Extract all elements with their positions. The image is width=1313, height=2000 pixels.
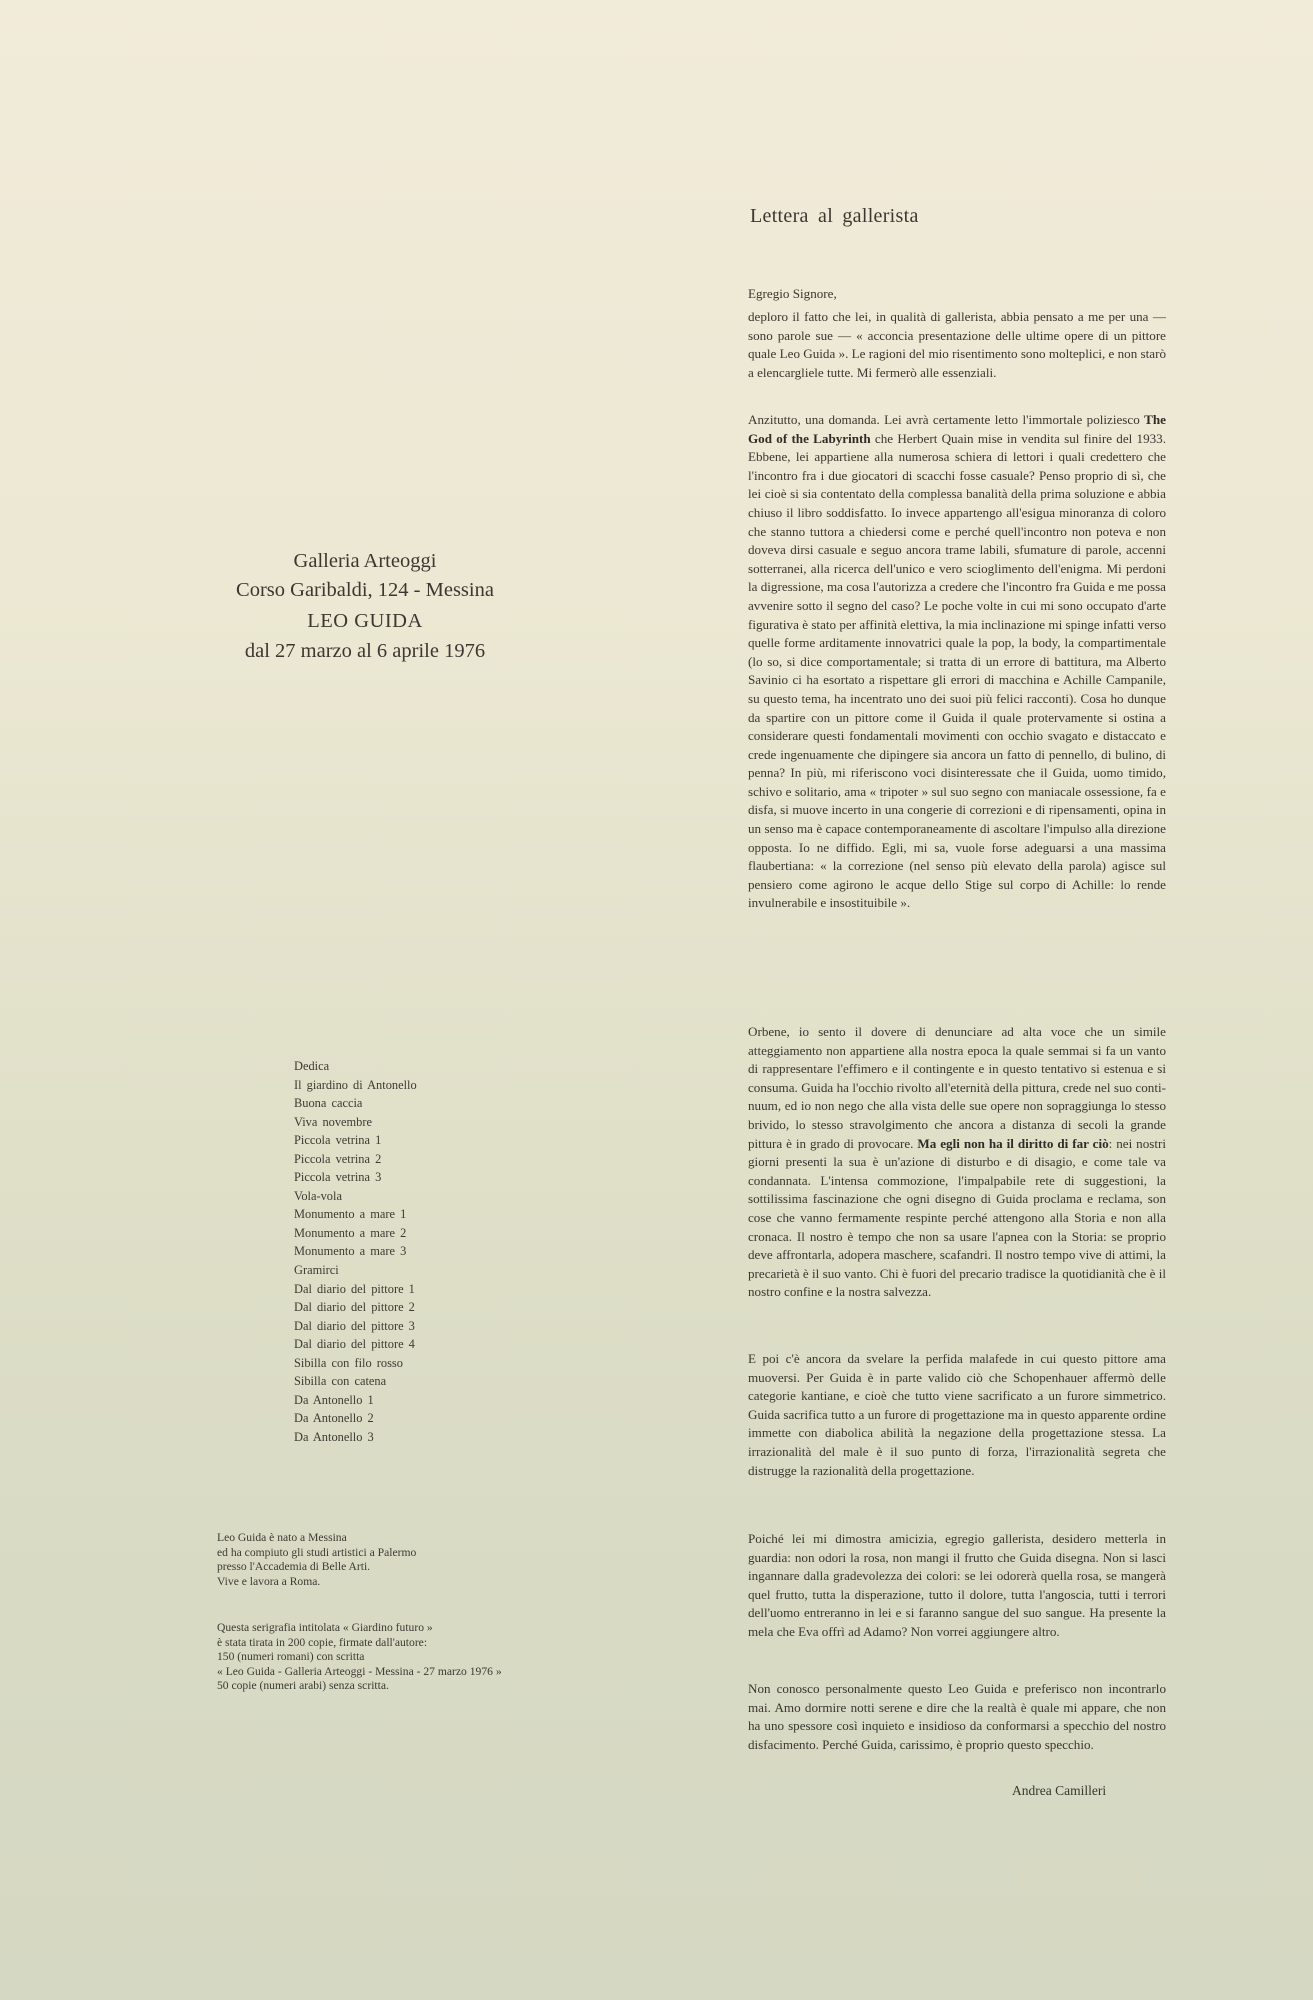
work-title: Dal diario del pittore 2 — [294, 1298, 417, 1317]
work-title: Dedica — [294, 1057, 417, 1076]
edition-line: 50 copie (numeri arabi) senza scritta. — [217, 1679, 502, 1694]
works-list: DedicaIl giardino di AntonelloBuona cacc… — [294, 1057, 417, 1446]
work-title: Dal diario del pittore 1 — [294, 1280, 417, 1299]
text-run: Orbene, io sento il dovere di denunciare… — [748, 1024, 1166, 1151]
edition-line: « Leo Guida - Galleria Arteoggi - Messin… — [217, 1665, 502, 1680]
work-title: Sibilla con filo rosso — [294, 1354, 417, 1373]
exhibition-info: Galleria Arteoggi Corso Garibaldi, 124 -… — [170, 547, 560, 666]
gallery-name: Galleria Arteoggi — [170, 547, 560, 576]
work-title: Monumento a mare 2 — [294, 1224, 417, 1243]
bio-line: presso l'Accademia di Belle Arti. — [217, 1560, 416, 1575]
letter-paragraph: deploro il fatto che lei, in qualità di … — [748, 308, 1166, 382]
work-title: Viva novembre — [294, 1113, 417, 1132]
work-title: Dal diario del pittore 4 — [294, 1335, 417, 1354]
letter-salutation: Egregio Signore, — [748, 285, 1166, 304]
work-title: Piccola vetrina 1 — [294, 1131, 417, 1150]
exhibition-dates: dal 27 marzo al 6 aprile 1976 — [170, 637, 560, 666]
edition-line: è stata tirata in 200 copie, firmate dal… — [217, 1636, 502, 1651]
letter-title: Lettera al gallerista — [750, 205, 919, 228]
work-title: Sibilla con catena — [294, 1372, 417, 1391]
work-title: Il giardino di Antonello — [294, 1076, 417, 1095]
text-run: : nei nostri giorni pre­senti la sua è u… — [748, 1136, 1166, 1300]
bio-line: Leo Guida è nato a Messina — [217, 1531, 416, 1546]
text-run: Anzitutto, una domanda. Lei avrà certame… — [748, 412, 1144, 427]
letter-paragraph: Anzitutto, una domanda. Lei avrà certame… — [748, 411, 1166, 913]
text-run: che Herbert Quain mise in vendita sul fi… — [748, 431, 1166, 911]
work-title: Vola-vola — [294, 1187, 417, 1206]
work-title: Piccola vetrina 2 — [294, 1150, 417, 1169]
paragraph-text: Non conosco personalmente questo Leo Gui… — [748, 1680, 1166, 1754]
work-title: Gramirci — [294, 1261, 417, 1280]
work-title: Buona caccia — [294, 1094, 417, 1113]
artist-name: LEO GUIDA — [170, 607, 560, 636]
paragraph-text: E poi c'è ancora da svelare la perfida m… — [748, 1350, 1166, 1480]
letter-paragraph: E poi c'è ancora da svelare la perfida m… — [748, 1350, 1166, 1480]
paragraph-text: Anzitutto, una domanda. Lei avrà certame… — [748, 411, 1166, 913]
edition-note: Questa serigrafia intitolata « Giardino … — [217, 1621, 502, 1694]
work-title: Da Antonello 1 — [294, 1391, 417, 1410]
gallery-address: Corso Garibaldi, 124 - Messina — [170, 576, 560, 605]
work-title: Da Antonello 3 — [294, 1428, 417, 1447]
work-title: Piccola vetrina 3 — [294, 1168, 417, 1187]
work-title: Monumento a mare 3 — [294, 1242, 417, 1261]
edition-line: 150 (numeri romani) con scritta — [217, 1650, 502, 1665]
paragraph-text: Orbene, io sento il dovere di denunciare… — [748, 1023, 1166, 1302]
emphasis-text: Ma egli non ha il diritto di far ciò — [917, 1136, 1108, 1151]
work-title: Dal diario del pittore 3 — [294, 1317, 417, 1336]
letter-paragraph: Poiché lei mi dimostra amicizia, egregio… — [748, 1530, 1166, 1642]
paragraph-text: deploro il fatto che lei, in qualità di … — [748, 308, 1166, 382]
artist-bio: Leo Guida è nato a Messina ed ha compiut… — [217, 1531, 416, 1589]
letter-paragraph: Non conosco personalmente questo Leo Gui… — [748, 1680, 1166, 1754]
edition-line: Questa serigrafia intitolata « Giardino … — [217, 1621, 502, 1636]
letter-signature: Andrea Camilleri — [1012, 1783, 1106, 1799]
work-title: Monumento a mare 1 — [294, 1205, 417, 1224]
letter-paragraph: Orbene, io sento il dovere di denunciare… — [748, 1023, 1166, 1302]
bio-line: Vive e lavora a Roma. — [217, 1575, 416, 1590]
bio-line: ed ha compiuto gli studi artistici a Pal… — [217, 1546, 416, 1561]
work-title: Da Antonello 2 — [294, 1409, 417, 1428]
paragraph-text: Poiché lei mi dimostra amicizia, egregio… — [748, 1530, 1166, 1642]
